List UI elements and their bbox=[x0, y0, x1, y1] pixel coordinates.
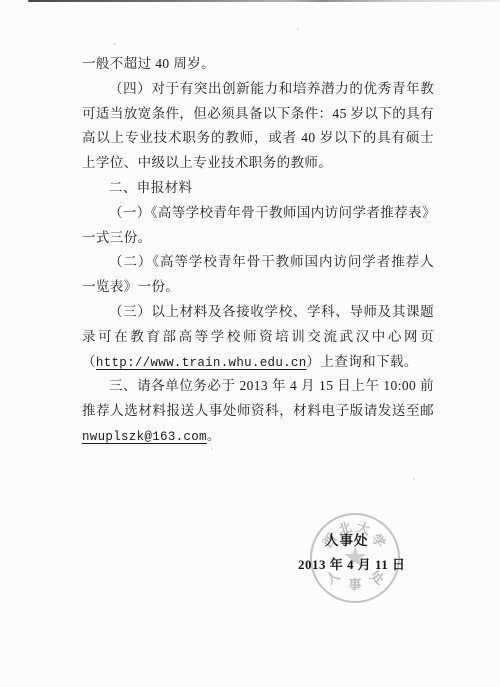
text-line: 一式三份。 bbox=[82, 226, 434, 251]
text-segment: 。 bbox=[207, 428, 221, 443]
signature-date: 2013 年 4 月 11 日 bbox=[298, 554, 406, 573]
text-segment: 二、申报材料 bbox=[109, 180, 192, 195]
text-line: （三）以上材料及各接收学校、学科、导师及其课题目 bbox=[82, 300, 434, 325]
document-body: 一般不超过 40 周岁。（四）对于有突出创新能力和培养潜力的优秀青年教师，可适当… bbox=[82, 52, 434, 449]
text-line: 上学位、中级以上专业技术职务的教师。 bbox=[82, 151, 434, 176]
scan-artifact-top-edge bbox=[28, 0, 500, 2]
text-line: （四）对于有突出创新能力和培养潜力的优秀青年教师， bbox=[82, 77, 434, 102]
scanned-document-page: 一般不超过 40 周岁。（四）对于有突出创新能力和培养潜力的优秀青年教师，可适当… bbox=[0, 0, 500, 687]
text-segment: （ bbox=[82, 354, 96, 369]
text-segment: （四）对于有突出创新能力和培养潜力的优秀青年教师， bbox=[82, 81, 434, 102]
text-segment: 录可在教育部高等学校师资培训交流武汉中心网页 bbox=[82, 329, 434, 344]
seal-character: 事 bbox=[348, 578, 362, 592]
text-line: 可适当放宽条件，但必须具备以下条件：45 岁以下的具有副 bbox=[82, 102, 434, 127]
text-line: 一般不超过 40 周岁。 bbox=[82, 52, 434, 77]
text-segment: （二）《高等学校青年骨干教师国内访问学者推荐人选 bbox=[82, 254, 434, 275]
text-line: nwuplszk@163.com。 bbox=[82, 424, 434, 449]
text-segment: 推荐人选材料报送人事处师资科，材料电子版请发送至邮箱： bbox=[82, 403, 434, 424]
text-segment: 三、请各单位务必于 2013 年 4 月 15 日上午 10:00 前将 bbox=[82, 378, 434, 399]
text-line: （二）《高等学校青年骨干教师国内访问学者推荐人选 bbox=[82, 250, 434, 275]
text-segment: 高以上专业技术职务的教师，或者 40 岁以下的具有硕士以 bbox=[82, 130, 434, 151]
text-line: （一）《高等学校青年骨干教师国内访问学者推荐表》 bbox=[82, 201, 434, 226]
text-line: 高以上专业技术职务的教师，或者 40 岁以下的具有硕士以 bbox=[82, 126, 434, 151]
text-segment: （三）以上材料及各接收学校、学科、导师及其课题目 bbox=[82, 304, 434, 325]
text-line: 录可在教育部高等学校师资培训交流武汉中心网页 bbox=[82, 325, 434, 350]
scan-noise-speck bbox=[113, 43, 116, 45]
text-segment: 可适当放宽条件，但必须具备以下条件：45 岁以下的具有副 bbox=[82, 106, 434, 127]
text-segment: ）上查询和下载。 bbox=[307, 354, 418, 369]
text-segment: 一览表》一份。 bbox=[82, 279, 179, 294]
text-line: 一览表》一份。 bbox=[82, 275, 434, 300]
text-segment: 上学位、中级以上专业技术职务的教师。 bbox=[82, 155, 332, 170]
text-segment: （一）《高等学校青年骨干教师国内访问学者推荐表》 bbox=[109, 205, 434, 220]
text-line: （http://www.train.whu.edu.cn）上查询和下载。 bbox=[82, 350, 434, 375]
scan-noise-speck bbox=[211, 448, 213, 450]
underlined-text: http://www.train.whu.edu.cn bbox=[96, 356, 307, 370]
text-line: 三、请各单位务必于 2013 年 4 月 15 日上午 10:00 前将 bbox=[82, 374, 434, 399]
signature-org: 人事处 bbox=[325, 529, 369, 549]
text-segment: 一式三份。 bbox=[82, 230, 152, 245]
text-segment: 一般不超过 40 周岁。 bbox=[82, 56, 215, 71]
text-line: 推荐人选材料报送人事处师资科，材料电子版请发送至邮箱： bbox=[82, 399, 434, 424]
scan-noise-speck bbox=[413, 478, 415, 480]
scan-noise-speck bbox=[297, 28, 299, 30]
seal-character: 学 bbox=[368, 531, 388, 551]
underlined-text: nwuplszk@163.com bbox=[82, 430, 207, 444]
text-line: 二、申报材料 bbox=[82, 176, 434, 201]
